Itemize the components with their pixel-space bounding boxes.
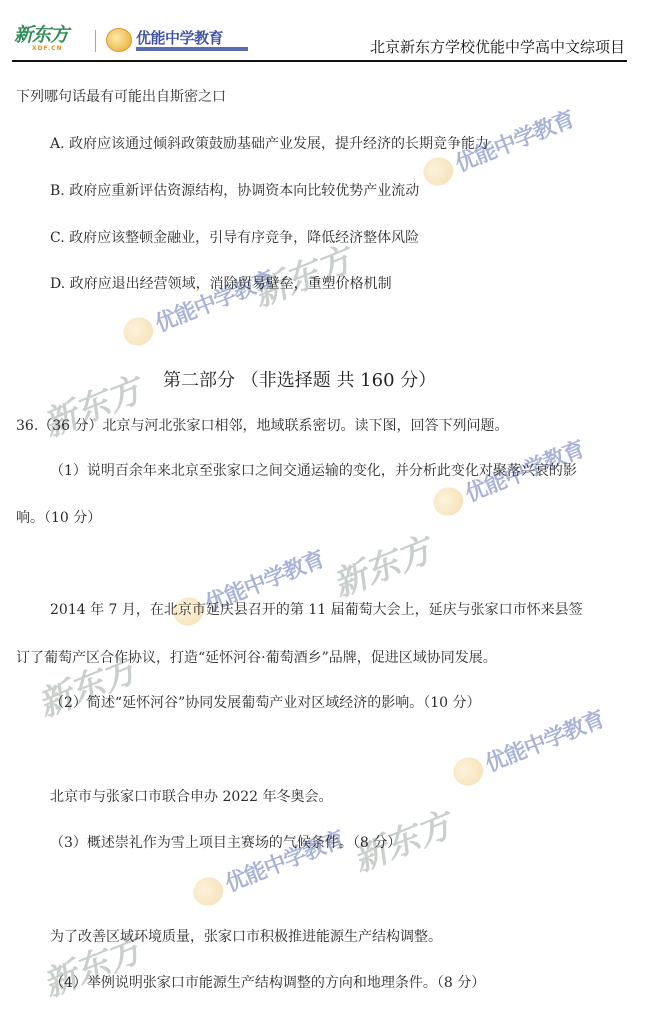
material-4: 为了改善区域环境质量，张家口市积极推进能源生产结构调整。 bbox=[50, 926, 442, 946]
option-text: 政府应该整顿金融业，引导有序竞争，降低经济整体风险 bbox=[69, 230, 419, 246]
option-b: B. 政府应重新评估资源结构，协调资本向比较优势产业流动 bbox=[50, 180, 419, 200]
xdf-logo-domain: XDF.CN bbox=[32, 45, 63, 52]
material-3: 北京市与张家口市联合申办 2022 年冬奥会。 bbox=[50, 786, 333, 806]
question-36-header: 36.（36 分）北京与河北张家口相邻，地域联系密切。读下图，回答下列问题。 bbox=[16, 415, 509, 435]
material-2-line2: 订了葡萄产区合作协议，打造“延怀河谷·葡萄酒乡”品牌，促进区域协同发展。 bbox=[16, 647, 497, 667]
option-label: C. bbox=[50, 230, 65, 246]
page-header: 新东方 XDF.CN 优能中学教育 北京新东方学校优能中学高中文综项目 bbox=[0, 0, 647, 62]
question-intro: 下列哪句话最有可能出自斯密之口 bbox=[16, 86, 226, 106]
option-label: B. bbox=[50, 183, 65, 199]
question-36-1-line1: （1）说明百余年来北京至张家口之间交通运输的变化，并分析此变化对聚落兴衰的影 bbox=[50, 460, 577, 480]
material-2-line1: 2014 年 7 月，在北京市延庆县召开的第 11 届葡萄大会上，延庆与张家口市… bbox=[50, 599, 583, 619]
option-text: 政府应重新评估资源结构，协调资本向比较优势产业流动 bbox=[69, 183, 419, 199]
watermark-xdf: 新东方 bbox=[325, 523, 438, 607]
option-text: 政府应退出经营领域，消除贸易壁垒，重塑价格机制 bbox=[70, 276, 392, 292]
section-title: 第二部分 （非选择题 共 160 分） bbox=[163, 366, 436, 392]
header-rule bbox=[12, 60, 627, 62]
question-36-2: （2）简述“延怀河谷”协同发展葡萄产业对区域经济的影响。（10 分） bbox=[50, 692, 481, 712]
option-a: A. 政府应该通过倾斜政策鼓励基础产业发展，提升经济的长期竞争能力 bbox=[50, 133, 489, 153]
option-c: C. 政府应该整顿金融业，引导有序竞争，降低经济整体风险 bbox=[50, 227, 419, 247]
logo-divider bbox=[95, 30, 96, 52]
xdf-logo: 新东方 XDF.CN bbox=[14, 26, 68, 52]
watermark-emblem-icon bbox=[429, 482, 467, 519]
option-label: A. bbox=[50, 136, 65, 152]
option-d: D. 政府应退出经营领域，消除贸易壁垒，重塑价格机制 bbox=[50, 273, 392, 293]
option-label: D. bbox=[50, 276, 65, 292]
question-36-3: （3）概述崇礼作为雪上项目主赛场的气候条件。（8 分） bbox=[50, 832, 401, 852]
option-text: 政府应该通过倾斜政策鼓励基础产业发展，提升经济的长期竞争能力 bbox=[69, 136, 489, 152]
question-36-4: （4）举例说明张家口市能源生产结构调整的方向和地理条件。（8 分） bbox=[50, 972, 485, 992]
question-36-1-line2: 响。（10 分） bbox=[16, 507, 101, 527]
watermark-emblem-icon bbox=[119, 312, 157, 349]
youneng-logo-text: 优能中学教育 bbox=[136, 30, 248, 46]
youneng-logo: 优能中学教育 bbox=[106, 28, 248, 52]
watermark-emblem-icon bbox=[449, 752, 487, 789]
youneng-logo-subbar bbox=[136, 47, 248, 51]
watermark-emblem-icon bbox=[189, 872, 227, 909]
youneng-emblem-icon bbox=[106, 28, 132, 52]
header-title: 北京新东方学校优能中学高中文综项目 bbox=[370, 36, 625, 57]
watermark-youneng: 优能中学教育 bbox=[448, 702, 608, 791]
watermark-emblem-icon bbox=[419, 152, 457, 189]
xdf-logo-text: 新东方 bbox=[14, 26, 68, 45]
